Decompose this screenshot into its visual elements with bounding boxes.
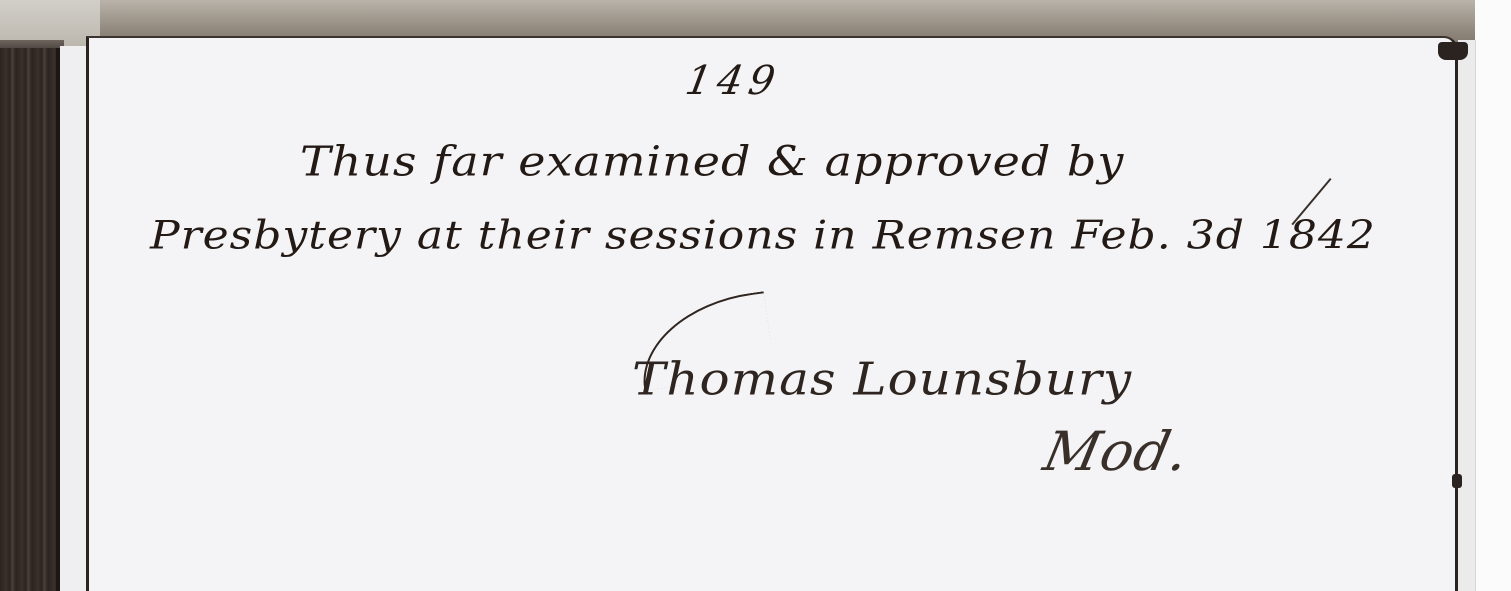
book-spine (0, 48, 60, 591)
scan-margin-right (1475, 0, 1511, 591)
signature-name: Thomas Lounsbury (632, 353, 1132, 405)
page-number: 149 (682, 58, 784, 104)
page-leaf-edge (60, 46, 86, 591)
signature-title: Mod. (1038, 420, 1195, 483)
page-stack-edge (1458, 40, 1476, 591)
text-line-1: Thus far examined & approved by (300, 137, 1124, 186)
manuscript-page (86, 36, 1458, 591)
corner-mark (1438, 42, 1468, 60)
edge-nick (1452, 474, 1462, 488)
text-line-2: Presbytery at their sessions in Remsen F… (150, 213, 1376, 259)
